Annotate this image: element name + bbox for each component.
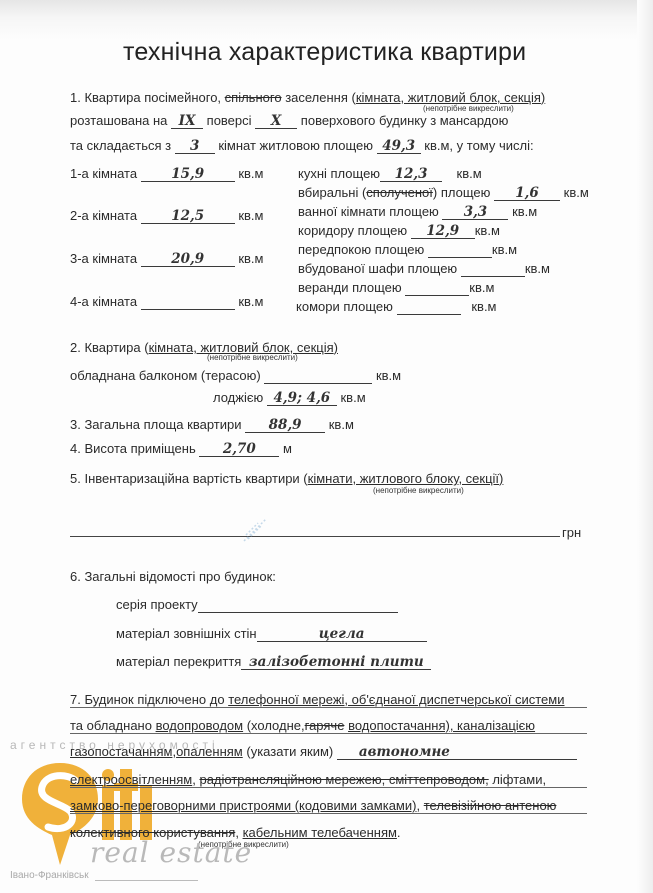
balcony-label: обладнана балконом (терасою) (70, 368, 261, 383)
text: , (416, 798, 420, 813)
room-label: 1-а кімната (70, 166, 137, 181)
text: та складається з (70, 138, 171, 153)
text: ) (499, 471, 503, 486)
unit: кв.м (238, 251, 263, 266)
unit: кв.м (492, 242, 517, 257)
corridor-row: коридору площею 12,9кв.м (298, 223, 500, 239)
unit: кв.м (475, 223, 500, 238)
struck-text: кімната, житловий блок, секція (356, 90, 541, 105)
underlined-text: замково-переговорними пристроями (кодови… (70, 798, 416, 813)
text: розташована на (70, 113, 167, 128)
hallway-row: передпокою площею кв.м (298, 242, 517, 258)
strike-hint: (непотрібне викреслити) (373, 486, 464, 495)
underlined-text: водопроводом (156, 718, 243, 733)
document-title: технічна характеристика квартири (123, 38, 526, 67)
loggia-area-field[interactable]: 4,9; 4,6 (267, 391, 337, 406)
unit: кв.м (238, 166, 263, 181)
area-label: кухні площею (298, 166, 380, 181)
unit: кв.м (238, 294, 263, 309)
text: ) (334, 340, 338, 355)
city-caption: Івано-Франківськ (10, 870, 89, 881)
text: 1. Квартира посімейного, (70, 90, 221, 105)
room-label: 3-а кімната (70, 251, 137, 266)
bathroom-row: ванної кімнати площею 3,3 кв.м (298, 204, 537, 220)
closet-area-field[interactable] (461, 262, 525, 277)
unit: кв.м (471, 299, 496, 314)
walls-material-field[interactable]: цегла (257, 627, 427, 642)
total-area-field[interactable]: 88,9 (245, 418, 325, 433)
ceiling-height-row: 4. Висота приміщень 2,70 м (70, 441, 292, 457)
text: 5. Інвентаризаційна вартість квартири ( (70, 471, 308, 486)
closet-row: вбудованої шафи площею кв.м (298, 261, 550, 277)
section7-line5: замково-переговорними пристроями (кодови… (70, 798, 556, 813)
floors-total-field[interactable]: X (255, 114, 297, 129)
loggia-label: лоджією (213, 390, 263, 405)
underlined-text: опаленням (176, 744, 243, 759)
unit: кв.м (525, 261, 550, 276)
room-2-row: 2-а кімната 12,5 кв.м (70, 208, 263, 224)
section7-line4: електроосвітленням, радіотрансляційною м… (70, 772, 546, 787)
unit: кв.м (376, 368, 401, 383)
underlined-text: електроосвітленням (70, 772, 192, 787)
floors-label: матеріал перекриття (116, 654, 241, 669)
strike-hint: (непотрібне викреслити) (207, 353, 298, 362)
bathroom-area-field[interactable]: 3,3 (442, 205, 508, 220)
balcony-row: обладнана балконом (терасою) кв.м (70, 368, 401, 384)
unit: м (283, 441, 292, 456)
strike-hint: (непотрібне викреслити) (423, 104, 514, 113)
text: 2. Квартира ( (70, 340, 149, 355)
struck-text: спільного (225, 90, 282, 105)
series-label: серія проекту (116, 597, 198, 612)
text: заселення ( (285, 90, 356, 105)
underlined-text: водопостачання), каналізацією (348, 718, 535, 733)
unit: кв.м (340, 390, 365, 405)
line-rule (70, 787, 587, 788)
room-1-area-field[interactable]: 15,9 (141, 167, 235, 182)
floor-field[interactable]: IX (171, 114, 203, 129)
room-2-area-field[interactable]: 12,5 (141, 209, 235, 224)
kitchen-row: кухні площею12,3 кв.м (298, 166, 482, 182)
unit: кв.м (238, 208, 263, 223)
toilet-area-field[interactable]: 1,6 (494, 186, 560, 201)
line-rule (70, 813, 587, 814)
room-label: 2-а кімната (70, 208, 137, 223)
underlined-text: кабельним телебаченням (243, 825, 397, 840)
struck-text: радіотрансляційною мережею, сміттепровод… (199, 772, 488, 787)
walls-label: матеріал зовнішніх стін (116, 626, 257, 641)
text: (холодне, (247, 718, 305, 733)
text: ліфтами, (492, 772, 546, 787)
text: кв.м, у тому числі: (424, 138, 533, 153)
storage-row: комори площею кв.м (296, 299, 497, 315)
text: . (397, 825, 401, 840)
text: 7. Будинок підключено до (70, 692, 225, 707)
kitchen-area-field[interactable]: 12,3 (380, 167, 442, 182)
rooms-count-field[interactable]: 3 (175, 139, 215, 154)
floors-material-row: матеріал перекриттязалізобетонні плити (116, 654, 431, 670)
heating-value: автономне (359, 744, 450, 760)
toilet-row: вбиральні (сполученої) площею 1,6 кв.м (298, 185, 589, 201)
room-3-area-field[interactable]: 20,9 (141, 252, 235, 267)
total-area-label: 3. Загальна площа квартири (70, 417, 241, 432)
line-rule (70, 707, 587, 708)
text: поверхового будинку з мансардою (301, 113, 509, 128)
text: та обладнано (70, 718, 152, 733)
unit: кв.м (469, 280, 494, 295)
walls-material-row: матеріал зовнішніх стінцегла (116, 626, 427, 642)
project-series-field[interactable] (198, 598, 398, 613)
section1-line2: розташована на IX поверсі X поверхового … (70, 113, 508, 129)
city-rule (95, 880, 198, 881)
balcony-area-field[interactable] (264, 369, 372, 384)
room-3-row: 3-а кімната 20,9 кв.м (70, 251, 263, 267)
text: кімнат житловою площею (218, 138, 373, 153)
unit: кв.м (457, 166, 482, 181)
text: (указати яким) (246, 744, 333, 759)
hallway-area-field[interactable] (428, 243, 492, 258)
section7-line3: газопостачанням,опаленням (указати яким)… (70, 744, 577, 760)
living-area-field[interactable]: 49,3 (377, 139, 421, 154)
loggia-row: лоджією 4,9; 4,6 кв.м (213, 390, 366, 406)
area-label: коридору площею (298, 223, 407, 238)
struck-text: сполученої (366, 185, 433, 200)
area-label: комори площею (296, 299, 393, 314)
room-4-area-field[interactable] (141, 295, 235, 310)
area-label: вбиральні ( (298, 185, 366, 200)
struck-text: кімнати, житлового блоку, секції (308, 471, 499, 486)
room-1-row: 1-а кімната 15,9 кв.м (70, 166, 263, 182)
inventory-value-line[interactable] (70, 536, 560, 537)
unit: кв.м (329, 417, 354, 432)
section1-line3: та складається з 3 кімнат житловою площе… (70, 138, 534, 154)
text: , (192, 772, 196, 787)
area-label: вбудованої шафи площею (298, 261, 457, 276)
storage-area-field[interactable] (397, 300, 461, 315)
section7-line1: 7. Будинок підключено до телефонної мере… (70, 692, 565, 707)
struck-text: телевізійною антеною (424, 798, 557, 813)
page-edge-shadow (637, 0, 653, 893)
corridor-area-field[interactable]: 12,9 (411, 224, 475, 239)
veranda-area-field[interactable] (405, 281, 469, 296)
total-area-row: 3. Загальна площа квартири 88,9 кв.м (70, 417, 354, 433)
area-label: веранди площею (298, 280, 402, 295)
veranda-row: веранди площею кв.м (298, 280, 494, 296)
struck-text: гаряче (305, 718, 345, 733)
area-label: ванної кімнати площею (298, 204, 439, 219)
floors-material-field[interactable]: залізобетонні плити (241, 655, 431, 670)
ink-smudge-icon (240, 515, 270, 545)
section1-line1: 1. Квартира посімейного, спільного засел… (70, 90, 545, 105)
tagline: real estate (90, 836, 252, 869)
ceiling-height-field[interactable]: 2,70 (199, 442, 279, 457)
project-series-row: серія проекту (116, 597, 398, 613)
text: поверсі (207, 113, 252, 128)
room-4-row: 4-а кімната кв.м (70, 294, 263, 310)
line-rule (70, 733, 587, 734)
section5-line1: 5. Інвентаризаційна вартість квартири (к… (70, 471, 503, 486)
unit: кв.м (512, 204, 537, 219)
area-label: ) площею (433, 185, 490, 200)
section7-line2: та обладнано водопроводом (холодне,гаряч… (70, 718, 535, 733)
section6-heading: 6. Загальні відомості про будинок: (70, 569, 276, 584)
unit: кв.м (564, 185, 589, 200)
room-label: 4-а кімната (70, 294, 137, 309)
text: ) (541, 90, 545, 105)
area-label: передпокою площею (298, 242, 424, 257)
heating-type-field[interactable]: автономне (337, 745, 577, 760)
ceiling-height-label: 4. Висота приміщень (70, 441, 196, 456)
underlined-text: телефонної мережі, об'єднаної диспетчерс… (228, 692, 564, 707)
underlined-text: газопостачанням (70, 744, 172, 759)
currency-unit: грн (562, 525, 581, 540)
